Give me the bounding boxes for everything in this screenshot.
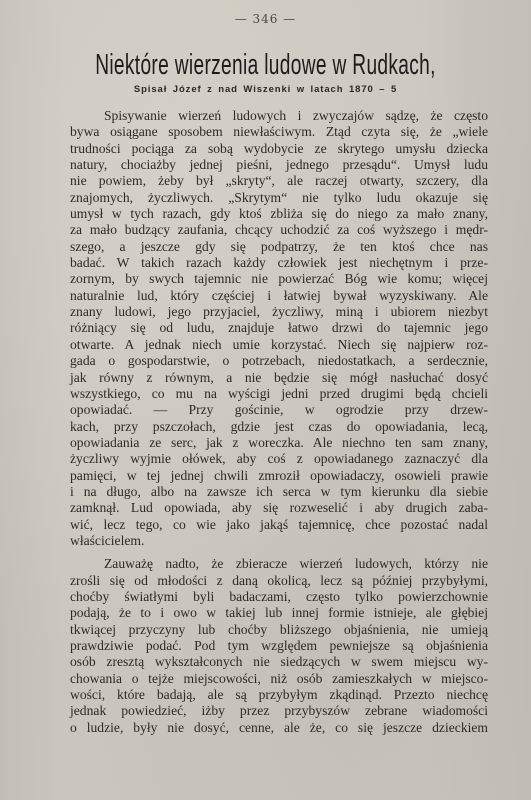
text-line: choćby światłymi byli badaczami, często … (70, 589, 488, 605)
text-line: jednak powiedzieć, iżby przez przybyszów… (70, 703, 488, 719)
text-line: zamknął. Lud opowiada, aby się rozweseli… (70, 500, 488, 516)
text-line: pamięci, w tej jednej chwili zmroził opo… (70, 468, 488, 484)
text-line: znajomych, życzliwych. „Skrytym“ nie tyl… (70, 190, 488, 206)
paragraph-2: Zauważę nadto, że zbieracze wierzeń ludo… (70, 556, 488, 736)
text-line: i na długo, albo na zawsze ich serca w t… (70, 484, 488, 500)
text-line: badać. W takich razach każdy człowiek je… (70, 255, 488, 271)
text-line: różniący się od ludu, znajduje łatwo drz… (70, 320, 488, 336)
paragraph-spacer (70, 549, 488, 556)
page-number: — 346 — (0, 12, 531, 26)
document-page: — 346 — Niektóre wierzenia ludowe w Rudk… (0, 0, 531, 800)
text-line: zornym, by swych tajemnic nie powierzać … (70, 271, 488, 287)
text-line: zrośli się od młodości z daną okolicą, l… (70, 573, 488, 589)
article-body: Spisywanie wierzeń ludowych i zwyczajów … (70, 108, 488, 736)
text-line: znany ludowi, jego przyjaciel, życzliwy,… (70, 304, 488, 320)
text-line: wości, które badają, ale są przybyłym zk… (70, 687, 488, 703)
text-line: trudności pociąga za sobą wydobycie ze s… (70, 141, 488, 157)
paragraph-1: Spisywanie wierzeń ludowych i zwyczajów … (70, 108, 488, 549)
text-line: osób zresztą wykształconych nie siedzący… (70, 654, 488, 670)
text-line: gada o gospodarstwie, o potrzebach, nied… (70, 353, 488, 369)
text-line: umysł w tych razach, gdy ktoś zbliża się… (70, 206, 488, 222)
text-line: nie powiem, żeby był „skryty“, ale racze… (70, 173, 488, 189)
text-line: życzliwy wyjmie ołówek, aby coś z opowia… (70, 451, 488, 467)
text-line: opowiadać. — Przy gościnie, w ogrodzie p… (70, 402, 488, 418)
text-line: o ludzie, były nie dosyć, cenne, ale że,… (70, 720, 488, 736)
text-line: właścicielem. (70, 533, 488, 549)
text-line: chowania o tejże miejscowości, niż osób … (70, 671, 488, 687)
text-line: Spisywanie wierzeń ludowych i zwyczajów … (70, 108, 488, 124)
text-line: za mało budzący zaufania, chcący uchodzi… (70, 222, 488, 238)
text-line: jak równy z równym, a nie będzie się móg… (70, 370, 488, 386)
text-line: szego, a jeszcze gdy się podpatrzy, że t… (70, 239, 488, 255)
text-line: podają, że to i owo w takiej lub innej f… (70, 605, 488, 621)
text-line: natury, chociażby jednej pieśni, jednego… (70, 157, 488, 173)
text-line: prawdziwie podać. Pod tym względem pewni… (70, 638, 488, 654)
text-line: wić, lecz tego, co wie jako jakąś tajemn… (70, 517, 488, 533)
text-line: wszystkiego, co mu na wyścigi jedni prze… (70, 386, 488, 402)
text-line: Zauważę nadto, że zbieracze wierzeń ludo… (70, 556, 488, 572)
text-line: otwarte. A jednak niech umie korzystać. … (70, 337, 488, 353)
text-line: tkwiącej przyczyny lub choćby bliższego … (70, 622, 488, 638)
article-title: Niektóre wierzenia ludowe w Rudkach, (90, 49, 440, 82)
text-line: bywa osiągane sposobem niewłaściwym. Ztą… (70, 124, 488, 140)
text-line: naturalnie lud, który częściej i łatwiej… (70, 288, 488, 304)
text-line: kach, przy pszczołach, gdzie jest czas d… (70, 419, 488, 435)
article-byline: Spisał Józef z nad Wiszenki w latach 187… (0, 84, 531, 95)
text-line: opowiadania ze serc, jak z woreczka. Ale… (70, 435, 488, 451)
